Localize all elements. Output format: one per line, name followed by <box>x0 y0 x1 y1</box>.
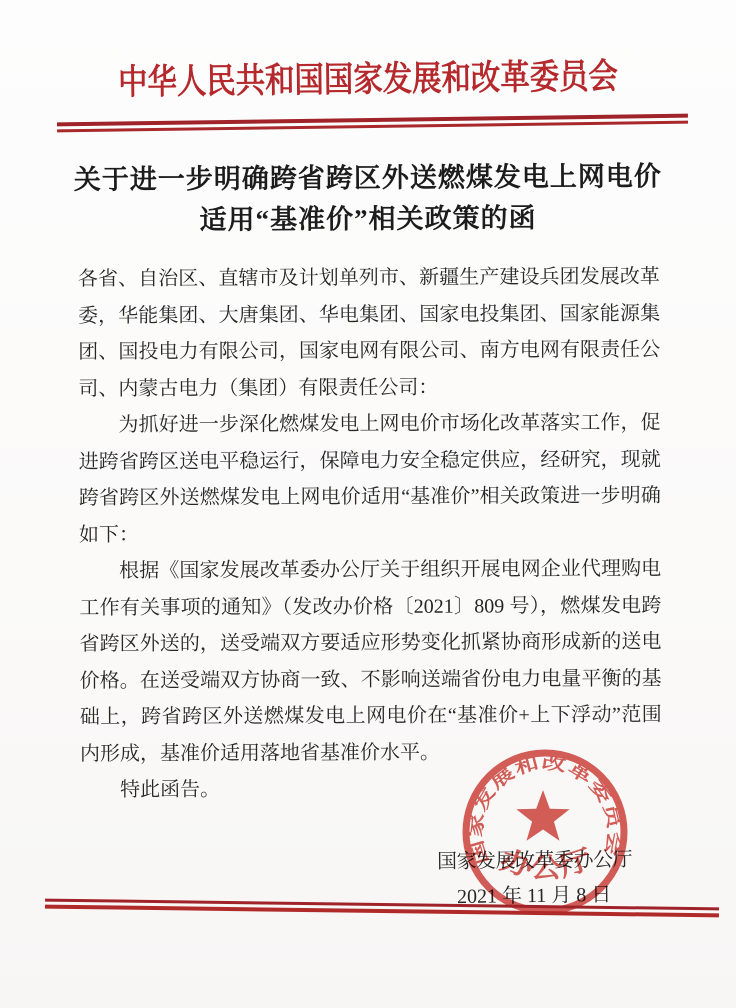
purpose-paragraph: 为抓好进一步深化燃煤发电上网电价市场化改革落实工作，促进跨省跨区送电平稳运行，保… <box>78 405 661 554</box>
document-title-line1: 关于进一步明确跨省跨区外送燃煤发电上网电价 <box>0 156 736 201</box>
letterhead-agency-title: 中华人民共和国国家发展和改革委员会 <box>59 48 678 106</box>
star-icon <box>516 790 569 841</box>
document-page: 中华人民共和国国家发展和改革委员会 关于进一步明确跨省跨区外送燃煤发电上网电价 … <box>0 0 736 1008</box>
document-title: 关于进一步明确跨省跨区外送燃煤发电上网电价 适用“基准价”相关政策的函 <box>0 156 736 242</box>
letterhead-double-rule <box>57 114 688 133</box>
seal-office-text: 办公厅 <box>496 844 595 883</box>
document-title-line2: 适用“基准价”相关政策的函 <box>0 197 736 242</box>
document-body: 各省、自治区、直辖市及计划单列市、新疆生产建设兵团发展改革委，华能集团、大唐集团… <box>78 259 662 809</box>
addressees-paragraph: 各省、自治区、直辖市及计划单列市、新疆生产建设兵团发展改革委，华能集团、大唐集团… <box>78 259 661 408</box>
policy-paragraph: 根据《国家发展改革委办公厅关于组织开展电网企业代理购电工作有关事项的通知》（发改… <box>79 551 662 773</box>
official-seal: 国家发展和改革委员会 办公厅 <box>459 746 631 918</box>
svg-text:办公厅: 办公厅 <box>496 844 595 883</box>
